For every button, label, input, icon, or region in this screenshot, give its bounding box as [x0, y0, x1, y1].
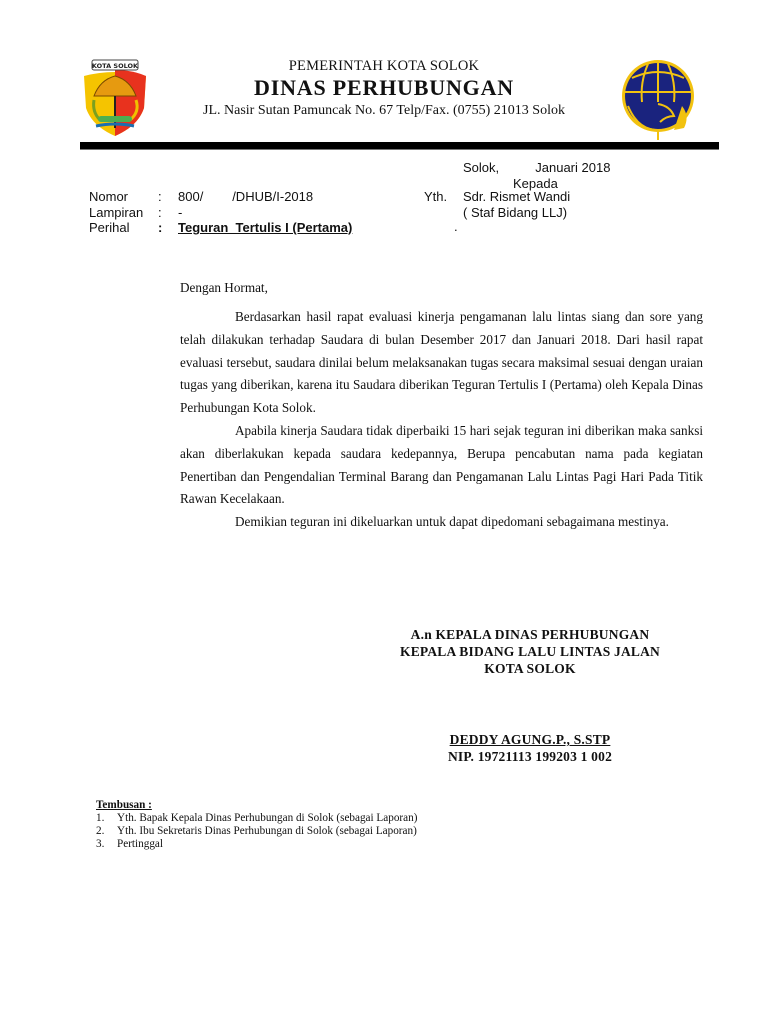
- body-paragraph-1: Berdasarkan hasil rapat evaluasi kinerja…: [180, 306, 703, 420]
- field-label-perihal: Perihal: [89, 220, 129, 237]
- signature-line-3: KOTA SOLOK: [380, 660, 680, 677]
- letterhead-divider: [80, 142, 719, 150]
- recipient-name: Sdr. Rismet Wandi: [463, 189, 570, 206]
- place-date: Solok, Januari 2018: [463, 160, 610, 177]
- signatory: DEDDY AGUNG.P., S.STP NIP. 19721113 1992…: [380, 731, 680, 765]
- signature-block: A.n KEPALA DINAS PERHUBUNGAN KEPALA BIDA…: [380, 626, 680, 677]
- tembusan-item: 3. Pertinggal: [96, 838, 417, 851]
- field-sep: :: [158, 220, 162, 237]
- trailing-dot: .: [454, 219, 458, 236]
- signature-line-2: KEPALA BIDANG LALU LINTAS JALAN: [380, 643, 680, 660]
- signature-line-1: A.n KEPALA DINAS PERHUBUNGAN: [380, 626, 680, 643]
- dishub-emblem-icon: [618, 58, 698, 140]
- tembusan-section: Tembusan : 1. Yth. Bapak Kepala Dinas Pe…: [96, 799, 417, 851]
- body-paragraph-3: Demikian teguran ini dikeluarkan untuk d…: [180, 511, 703, 534]
- field-sep: :: [158, 189, 162, 206]
- tembusan-title: Tembusan :: [96, 799, 417, 812]
- recipient-role: ( Staf Bidang LLJ): [463, 205, 567, 222]
- signatory-nip: NIP. 19721113 199203 1 002: [380, 748, 680, 765]
- tembusan-item: 1. Yth. Bapak Kepala Dinas Perhubungan d…: [96, 812, 417, 825]
- body-paragraph-2: Apabila kinerja Saudara tidak diperbaiki…: [180, 420, 703, 511]
- field-value-perihal: Teguran Tertulis I (Pertama): [178, 220, 352, 237]
- field-value-nomor: 800/ /DHUB/I-2018: [178, 189, 313, 206]
- tembusan-item: 2. Yth. Ibu Sekretaris Dinas Perhubungan…: [96, 825, 417, 838]
- greeting: Dengan Hormat,: [180, 280, 268, 296]
- field-label-nomor: Nomor: [89, 189, 128, 206]
- yth-label: Yth.: [424, 189, 447, 206]
- letter-body: Berdasarkan hasil rapat evaluasi kinerja…: [180, 306, 703, 534]
- signatory-name: DEDDY AGUNG.P., S.STP: [380, 731, 680, 748]
